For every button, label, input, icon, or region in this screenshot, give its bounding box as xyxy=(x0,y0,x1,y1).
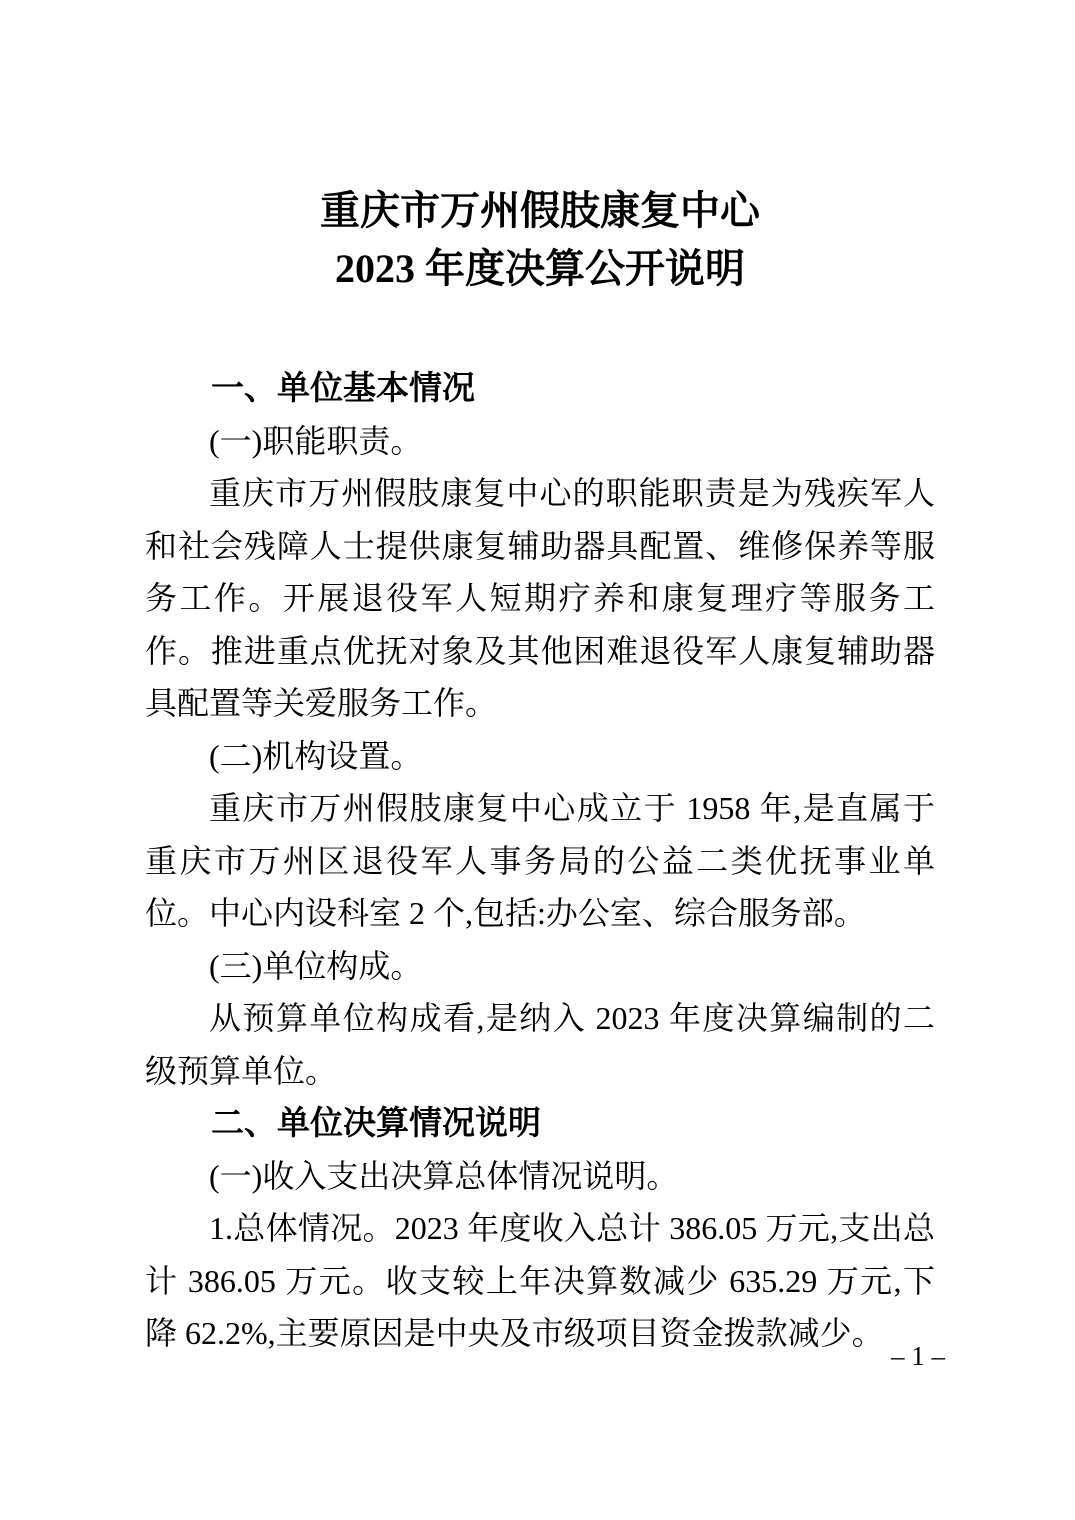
section-heading-1: 一、单位基本情况 xyxy=(145,362,935,415)
section-heading-2: 二、单位决算情况说明 xyxy=(145,1097,935,1150)
paragraph-overall-situation: 1.总体情况。2023 年度收入总计 386.05 万元,支出总计 386.05… xyxy=(145,1202,935,1360)
subsection-heading-2-1: (一)收入支出决算总体情况说明。 xyxy=(145,1150,935,1203)
paragraph-unit-composition: 从预算单位构成看,是纳入 2023 年度决算编制的二级预算单位。 xyxy=(145,992,935,1097)
paragraph-organization: 重庆市万州假肢康复中心成立于 1958 年,是直属于重庆市万州区退役军人事务局的… xyxy=(145,782,935,940)
page-number: – 1 – xyxy=(891,1340,945,1372)
paragraph-duties: 重庆市万州假肢康复中心的职能职责是为残疾军人和社会残障人士提供康复辅助器具配置、… xyxy=(145,467,935,730)
subsection-heading-1-1: (一)职能职责。 xyxy=(145,415,935,468)
document-title: 重庆市万州假肢康复中心 2023 年度决算公开说明 xyxy=(145,182,935,298)
subsection-heading-1-2: (二)机构设置。 xyxy=(145,730,935,783)
document-title-line2: 2023 年度决算公开说明 xyxy=(145,240,935,298)
subsection-heading-1-3: (三)单位构成。 xyxy=(145,940,935,993)
document-title-line1: 重庆市万州假肢康复中心 xyxy=(145,182,935,240)
document-page: 重庆市万州假肢康复中心 2023 年度决算公开说明 一、单位基本情况 (一)职能… xyxy=(0,0,1075,1520)
document-content: 重庆市万州假肢康复中心 2023 年度决算公开说明 一、单位基本情况 (一)职能… xyxy=(145,182,935,1360)
